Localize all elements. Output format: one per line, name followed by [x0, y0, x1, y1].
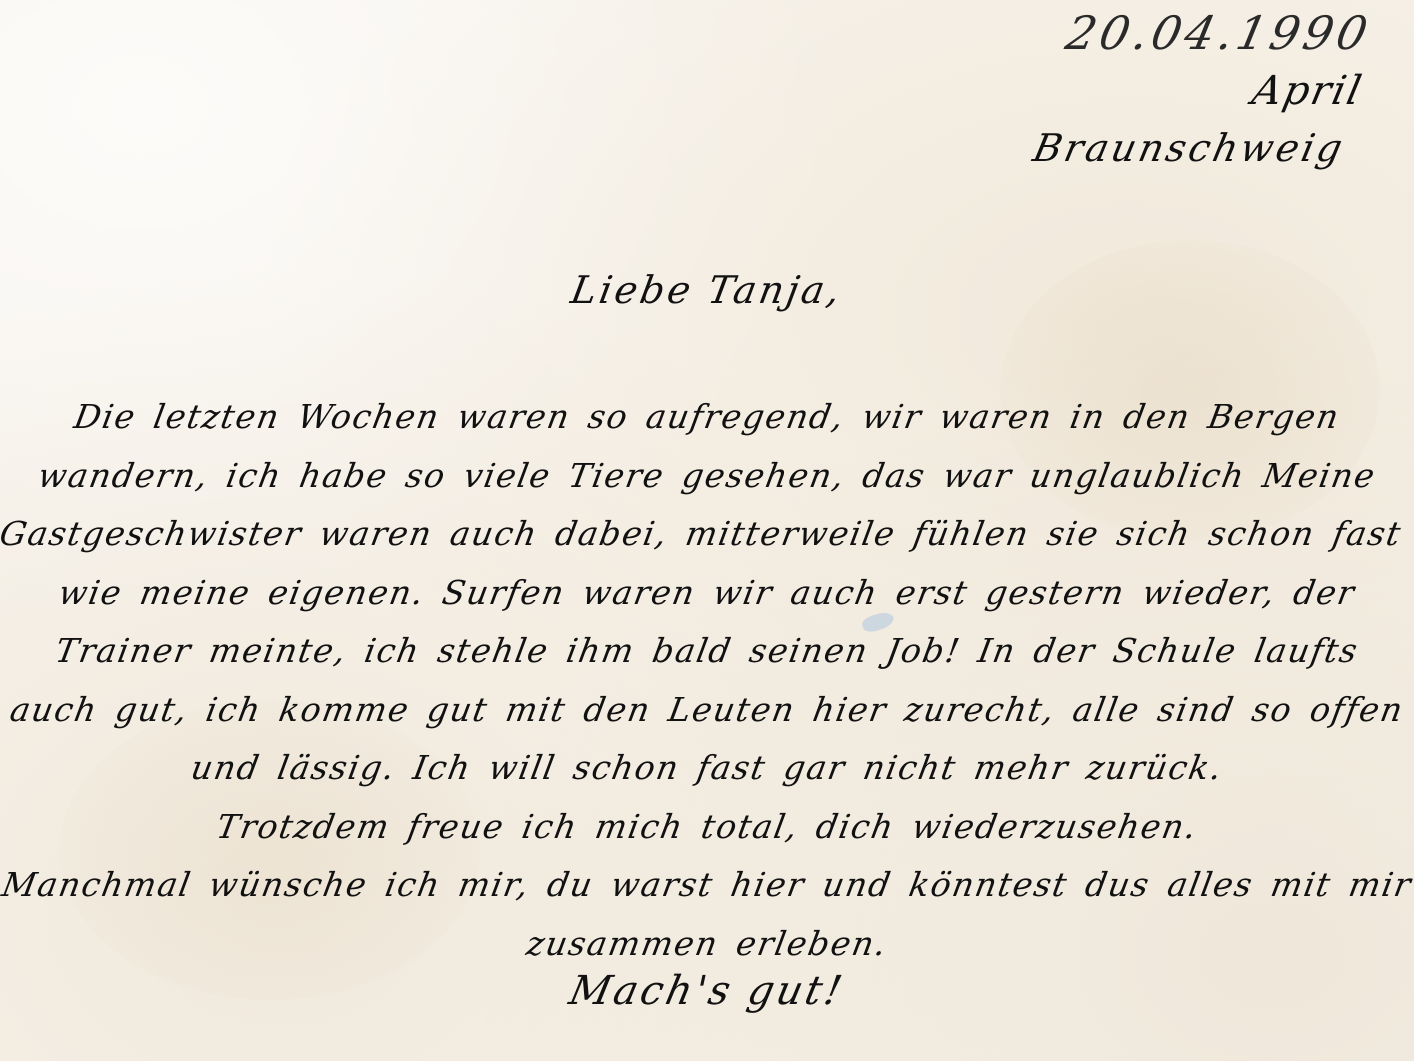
- letter-city: Braunschweig: [1029, 126, 1349, 170]
- body-line: Trainer meinte, ich stehle ihm bald sein…: [0, 622, 1414, 681]
- body-line: wie meine eigenen. Surfen waren wir auch…: [0, 564, 1414, 623]
- letter-closing: Mach's gut!: [0, 968, 1414, 1014]
- body-line: Manchmal wünsche ich mir, du warst hier …: [0, 856, 1414, 915]
- letter-month: April: [1248, 68, 1367, 114]
- body-line: zusammen erleben.: [0, 915, 1414, 974]
- letter-body: Die letzten Wochen waren so aufregend, w…: [0, 388, 1414, 973]
- body-line: Trotzdem freue ich mich total, dich wied…: [0, 798, 1414, 857]
- body-line: wandern, ich habe so viele Tiere gesehen…: [0, 447, 1414, 506]
- body-line: auch gut, ich komme gut mit den Leuten h…: [0, 681, 1414, 740]
- body-line: Gastgeschwister waren auch dabei, mitter…: [0, 505, 1414, 564]
- letter-salutation: Liebe Tanja,: [0, 268, 1414, 312]
- body-line: Die letzten Wochen waren so aufregend, w…: [0, 388, 1414, 447]
- body-line: und lässig. Ich will schon fast gar nich…: [0, 739, 1414, 798]
- letter-header: 20.04.1990 April Braunschweig: [1050, 4, 1370, 184]
- letter-date: 20.04.1990: [1061, 6, 1376, 60]
